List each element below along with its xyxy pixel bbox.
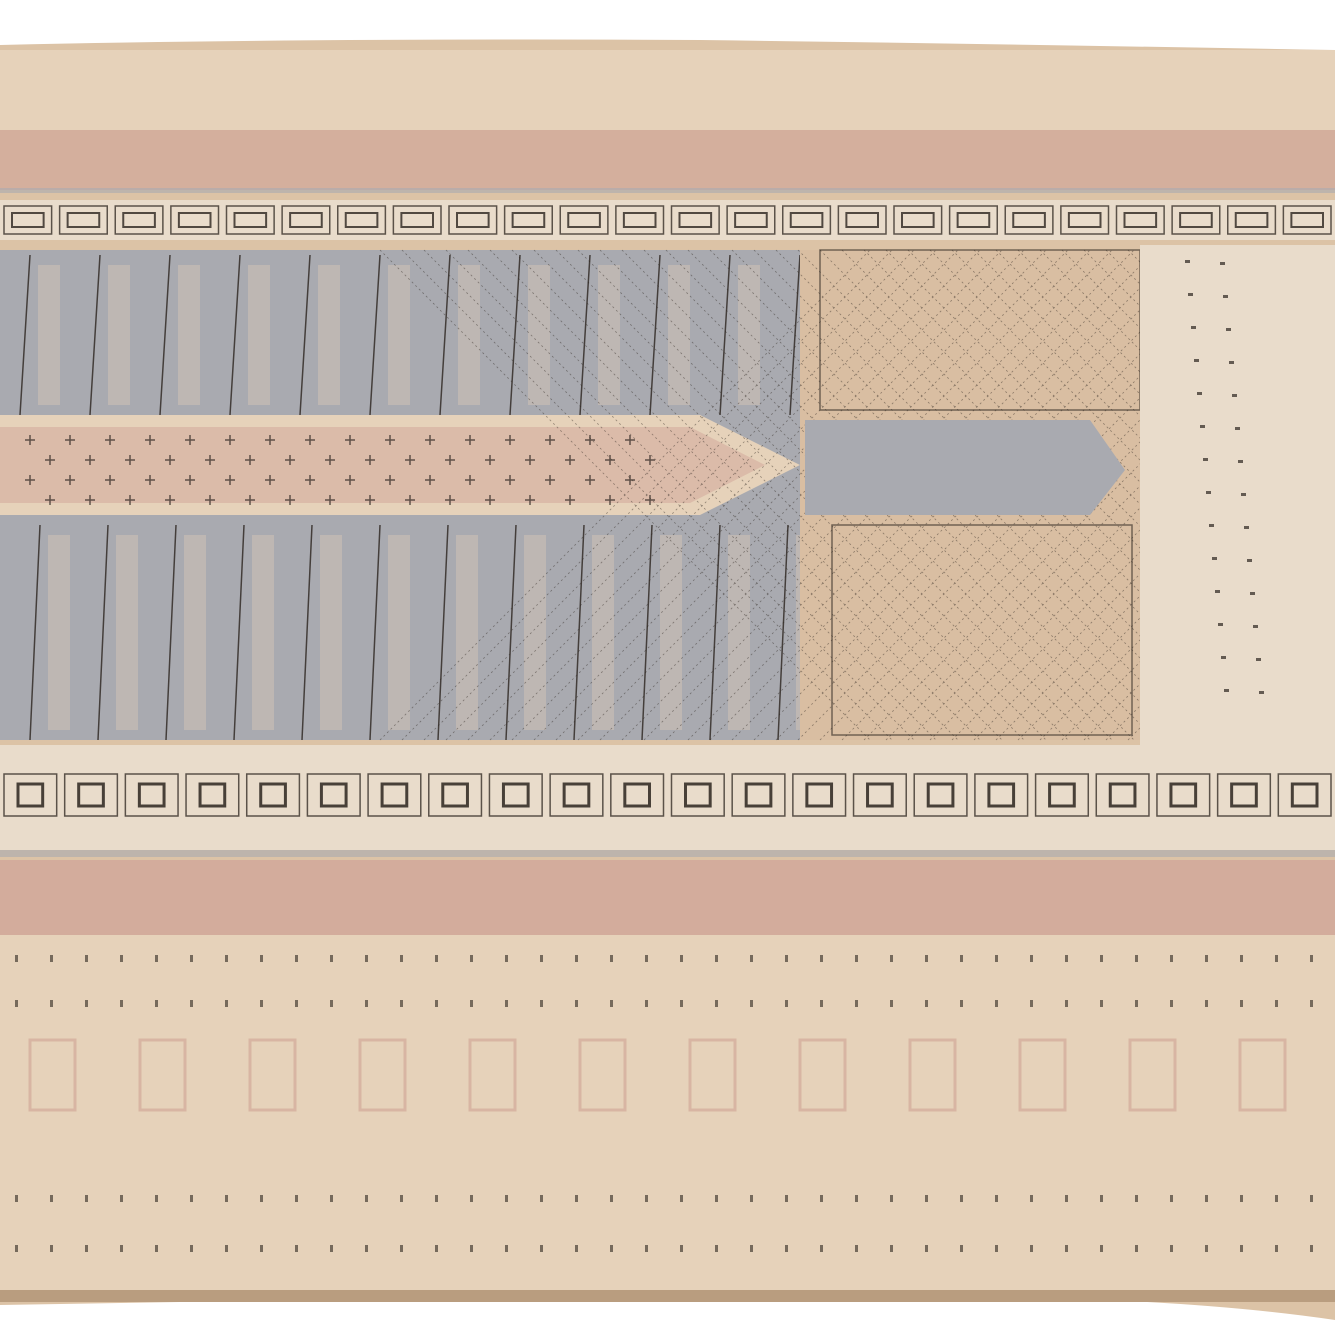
- dot-motif: [890, 955, 893, 962]
- dot-motif: [400, 1195, 403, 1202]
- dot-motif: [365, 1000, 368, 1007]
- dot-motif: [750, 1245, 753, 1252]
- tree-motif: [668, 265, 690, 405]
- dot-motif: [330, 955, 333, 962]
- dot-motif: [50, 1000, 53, 1007]
- tree-motif: [738, 265, 760, 405]
- dot-motif: [1030, 1000, 1033, 1007]
- dot-motif: [1135, 1245, 1138, 1252]
- dot-motif: [365, 1195, 368, 1202]
- dash-motif: [1238, 460, 1243, 463]
- dot-motif: [890, 1000, 893, 1007]
- dot-motif: [155, 1000, 158, 1007]
- dot-motif: [715, 955, 718, 962]
- dot-motif: [855, 1195, 858, 1202]
- dot-motif: [1275, 1000, 1278, 1007]
- dot-motif: [575, 1000, 578, 1007]
- dot-motif: [1030, 1195, 1033, 1202]
- dot-motif: [680, 1000, 683, 1007]
- dot-motif: [260, 1195, 263, 1202]
- dot-motif: [610, 1245, 613, 1252]
- dash-motif: [1224, 689, 1229, 692]
- mini-mihrab: [805, 420, 1125, 515]
- rug-illustration: [0, 0, 1335, 1335]
- dot-motif: [1030, 955, 1033, 962]
- dot-motif: [785, 1000, 788, 1007]
- dot-motif: [15, 1000, 18, 1007]
- dot-motif: [820, 955, 823, 962]
- dot-motif: [190, 955, 193, 962]
- dot-motif: [50, 1195, 53, 1202]
- bottom-edge: [0, 1290, 1335, 1302]
- tree-motif: [252, 535, 274, 730]
- dot-motif: [365, 955, 368, 962]
- tree-motif: [184, 535, 206, 730]
- dot-motif: [295, 1000, 298, 1007]
- dot-motif: [295, 1195, 298, 1202]
- dot-motif: [540, 955, 543, 962]
- rug-photo: [0, 0, 1335, 1335]
- dot-motif: [750, 955, 753, 962]
- bottom-skirt: [0, 935, 1335, 1300]
- dot-motif: [575, 1245, 578, 1252]
- dot-motif: [1100, 1245, 1103, 1252]
- dot-motif: [400, 1000, 403, 1007]
- dot-motif: [225, 955, 228, 962]
- dash-motif: [1188, 293, 1193, 296]
- dot-motif: [120, 1245, 123, 1252]
- dot-motif: [925, 1245, 928, 1252]
- dash-motif: [1220, 262, 1225, 265]
- dot-motif: [1275, 1195, 1278, 1202]
- dot-motif: [540, 1000, 543, 1007]
- dot-motif: [1240, 1245, 1243, 1252]
- dot-motif: [1240, 1195, 1243, 1202]
- dash-motif: [1235, 427, 1240, 430]
- dot-motif: [995, 1000, 998, 1007]
- dot-motif: [85, 1195, 88, 1202]
- dot-motif: [50, 955, 53, 962]
- dash-motif: [1215, 590, 1220, 593]
- dot-motif: [155, 1245, 158, 1252]
- dash-motif: [1244, 526, 1249, 529]
- dot-motif: [50, 1245, 53, 1252]
- dot-motif: [785, 955, 788, 962]
- tree-motif: [108, 265, 130, 405]
- dash-motif: [1250, 592, 1255, 595]
- dot-motif: [85, 955, 88, 962]
- bottom-pink-band: [0, 860, 1335, 935]
- dot-motif: [470, 1000, 473, 1007]
- dot-motif: [1310, 1000, 1313, 1007]
- dot-motif: [1100, 1000, 1103, 1007]
- dot-motif: [610, 1000, 613, 1007]
- dot-motif: [680, 1195, 683, 1202]
- dash-motif: [1229, 361, 1234, 364]
- dot-motif: [995, 1245, 998, 1252]
- dot-motif: [435, 955, 438, 962]
- dot-motif: [645, 1000, 648, 1007]
- dash-motif: [1206, 491, 1211, 494]
- dot-motif: [330, 1195, 333, 1202]
- dash-motif: [1218, 623, 1223, 626]
- dot-motif: [1240, 955, 1243, 962]
- dash-motif: [1200, 425, 1205, 428]
- dot-motif: [855, 1245, 858, 1252]
- dot-motif: [855, 955, 858, 962]
- dash-motif: [1185, 260, 1190, 263]
- dot-motif: [120, 1000, 123, 1007]
- dot-motif: [925, 1000, 928, 1007]
- dot-motif: [15, 1245, 18, 1252]
- dot-motif: [260, 1245, 263, 1252]
- dot-motif: [1275, 955, 1278, 962]
- dot-motif: [1310, 1245, 1313, 1252]
- dot-motif: [1205, 1245, 1208, 1252]
- dot-motif: [470, 1195, 473, 1202]
- dash-motif: [1191, 326, 1196, 329]
- dot-motif: [1135, 955, 1138, 962]
- dot-motif: [330, 1000, 333, 1007]
- dot-motif: [960, 1195, 963, 1202]
- tree-motif: [248, 265, 270, 405]
- dot-motif: [120, 955, 123, 962]
- tree-motif: [458, 265, 480, 405]
- dot-motif: [715, 1000, 718, 1007]
- dot-motif: [750, 1000, 753, 1007]
- dot-motif: [330, 1245, 333, 1252]
- dot-motif: [15, 955, 18, 962]
- tree-motif: [178, 265, 200, 405]
- tree-motif: [598, 265, 620, 405]
- dot-motif: [1030, 1245, 1033, 1252]
- dot-motif: [1310, 955, 1313, 962]
- dot-motif: [260, 955, 263, 962]
- dash-motif: [1247, 559, 1252, 562]
- dot-motif: [155, 1195, 158, 1202]
- dot-motif: [540, 1245, 543, 1252]
- dot-motif: [15, 1195, 18, 1202]
- tree-motif: [456, 535, 478, 730]
- dot-motif: [1100, 1195, 1103, 1202]
- dot-motif: [190, 1195, 193, 1202]
- dot-motif: [505, 1000, 508, 1007]
- tree-motif: [524, 535, 546, 730]
- dot-motif: [820, 1195, 823, 1202]
- dot-motif: [1065, 1000, 1068, 1007]
- dot-motif: [715, 1245, 718, 1252]
- dash-motif: [1221, 656, 1226, 659]
- dot-motif: [295, 1245, 298, 1252]
- dot-motif: [435, 1000, 438, 1007]
- dot-motif: [435, 1195, 438, 1202]
- dot-motif: [1240, 1000, 1243, 1007]
- dot-motif: [890, 1245, 893, 1252]
- dot-motif: [785, 1195, 788, 1202]
- dot-motif: [1170, 955, 1173, 962]
- dot-motif: [295, 955, 298, 962]
- dot-motif: [1310, 1195, 1313, 1202]
- dot-motif: [645, 1195, 648, 1202]
- dot-motif: [505, 1195, 508, 1202]
- dot-motif: [85, 1000, 88, 1007]
- dot-motif: [925, 1195, 928, 1202]
- dot-motif: [225, 1245, 228, 1252]
- dot-motif: [645, 955, 648, 962]
- dot-motif: [1170, 1000, 1173, 1007]
- dot-motif: [855, 1000, 858, 1007]
- dot-motif: [1065, 955, 1068, 962]
- dot-motif: [225, 1000, 228, 1007]
- dot-motif: [680, 955, 683, 962]
- tree-motif: [728, 535, 750, 730]
- dot-motif: [680, 1245, 683, 1252]
- dot-motif: [470, 1245, 473, 1252]
- tree-motif: [48, 535, 70, 730]
- dot-motif: [995, 1195, 998, 1202]
- dot-motif: [750, 1195, 753, 1202]
- dot-motif: [575, 955, 578, 962]
- tree-motif: [318, 265, 340, 405]
- dot-motif: [400, 955, 403, 962]
- top-blue-stripe: [0, 188, 1335, 193]
- dot-motif: [890, 1195, 893, 1202]
- dot-motif: [400, 1245, 403, 1252]
- dash-motif: [1259, 691, 1264, 694]
- tree-motif: [320, 535, 342, 730]
- dot-motif: [1170, 1195, 1173, 1202]
- tree-motif: [38, 265, 60, 405]
- dash-motif: [1256, 658, 1261, 661]
- dot-motif: [225, 1195, 228, 1202]
- dash-motif: [1226, 328, 1231, 331]
- bottom-blue-stripe: [0, 850, 1335, 857]
- dot-motif: [120, 1195, 123, 1202]
- dash-motif: [1232, 394, 1237, 397]
- dot-motif: [715, 1195, 718, 1202]
- dot-motif: [1135, 1195, 1138, 1202]
- dot-motif: [540, 1195, 543, 1202]
- dot-motif: [1205, 1195, 1208, 1202]
- right-column-border: [1140, 245, 1335, 745]
- bottom-key-lower-band: [0, 820, 1335, 850]
- dot-motif: [435, 1245, 438, 1252]
- tree-motif: [116, 535, 138, 730]
- dot-motif: [190, 1000, 193, 1007]
- dot-motif: [1170, 1245, 1173, 1252]
- top-skirt: [0, 50, 1335, 130]
- dot-motif: [365, 1245, 368, 1252]
- dot-motif: [820, 1245, 823, 1252]
- dot-motif: [85, 1245, 88, 1252]
- dot-motif: [820, 1000, 823, 1007]
- dot-motif: [925, 955, 928, 962]
- dot-motif: [960, 955, 963, 962]
- dot-motif: [575, 1195, 578, 1202]
- dot-motif: [1065, 1245, 1068, 1252]
- dash-motif: [1197, 392, 1202, 395]
- dash-motif: [1212, 557, 1217, 560]
- dash-motif: [1203, 458, 1208, 461]
- dot-motif: [960, 1245, 963, 1252]
- dot-motif: [1065, 1195, 1068, 1202]
- dot-motif: [505, 1245, 508, 1252]
- bottom-key-upper-band: [0, 745, 1335, 770]
- dot-motif: [1205, 955, 1208, 962]
- dot-motif: [960, 1000, 963, 1007]
- dot-motif: [645, 1245, 648, 1252]
- tree-motif: [388, 265, 410, 405]
- dot-motif: [1135, 1000, 1138, 1007]
- dot-motif: [610, 955, 613, 962]
- dot-motif: [190, 1245, 193, 1252]
- top-pink-band: [0, 130, 1335, 190]
- dot-motif: [1205, 1000, 1208, 1007]
- dot-motif: [1100, 955, 1103, 962]
- dash-motif: [1194, 359, 1199, 362]
- dash-motif: [1253, 625, 1258, 628]
- dash-motif: [1223, 295, 1228, 298]
- dot-motif: [1275, 1245, 1278, 1252]
- dot-motif: [785, 1245, 788, 1252]
- dash-motif: [1241, 493, 1246, 496]
- dot-motif: [260, 1000, 263, 1007]
- dot-motif: [505, 955, 508, 962]
- dash-motif: [1209, 524, 1214, 527]
- dot-motif: [470, 955, 473, 962]
- dot-motif: [610, 1195, 613, 1202]
- dot-motif: [995, 955, 998, 962]
- tree-motif: [388, 535, 410, 730]
- dot-motif: [155, 955, 158, 962]
